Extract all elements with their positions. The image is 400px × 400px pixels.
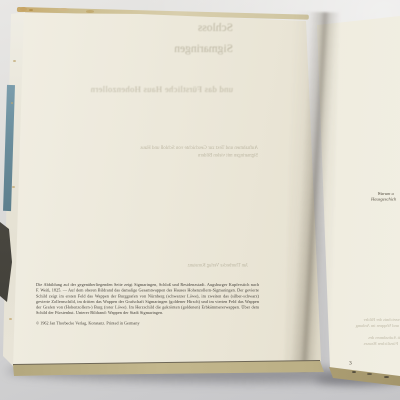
edge-wear-speck [20,7,27,11]
gutter-shadow [284,11,339,372]
page-number: 3 [349,360,352,366]
showthrough-publisher-line: Jan Thorbecke Verlag Konstanz [188,263,248,268]
showthrough-title-line-3: und das Fürstliche Haus Hohenzollern [90,84,233,94]
epigraph-line-2: Hausgeschich [371,196,400,201]
right-showthrough-line: Verzeichnis der Bilder [364,317,400,322]
showthrough-mid-line-1: Aufnahmen und Text zur Geschichte von Sc… [140,145,258,151]
edge-wear-speck [12,186,15,188]
caption-paragraph: Die Abbildung auf der gegenüberliegenden… [36,282,259,316]
edge-wear-speck [86,10,94,13]
edge-wear-speck [352,371,356,373]
right-showthrough-line: Mit Aufnahmen des [368,335,400,340]
edge-wear-speck [13,60,16,62]
edge-wear-speck [367,373,372,375]
right-showthrough-line: Fürstlichen Hauses [364,341,398,346]
copyright-line: © 1962 Jan Thorbecke Verlag, Konstanz. P… [36,321,259,326]
edge-wear-speck [11,102,13,104]
caption-block: Die Abbildung auf der gegenüberliegenden… [36,282,259,325]
right-showthrough-line: und Wappen im Anhang [356,323,399,328]
edge-wear-speck [29,9,33,11]
edge-wear-speck [384,376,389,378]
showthrough-mid-line-2: Sigmaringen mit vielen Bildern [198,153,258,158]
edge-wear-speck [58,8,69,11]
showthrough-title-line-1: Schloss [198,22,233,34]
showthrough-title-line-2: Sigmaringen [174,43,233,55]
edge-wear-speck [9,318,12,320]
book-photo: Schloss Sigmaringen und das Fürstliche H… [0,0,400,400]
epigraph-fragment: Warum u Hausgeschich [371,191,400,202]
